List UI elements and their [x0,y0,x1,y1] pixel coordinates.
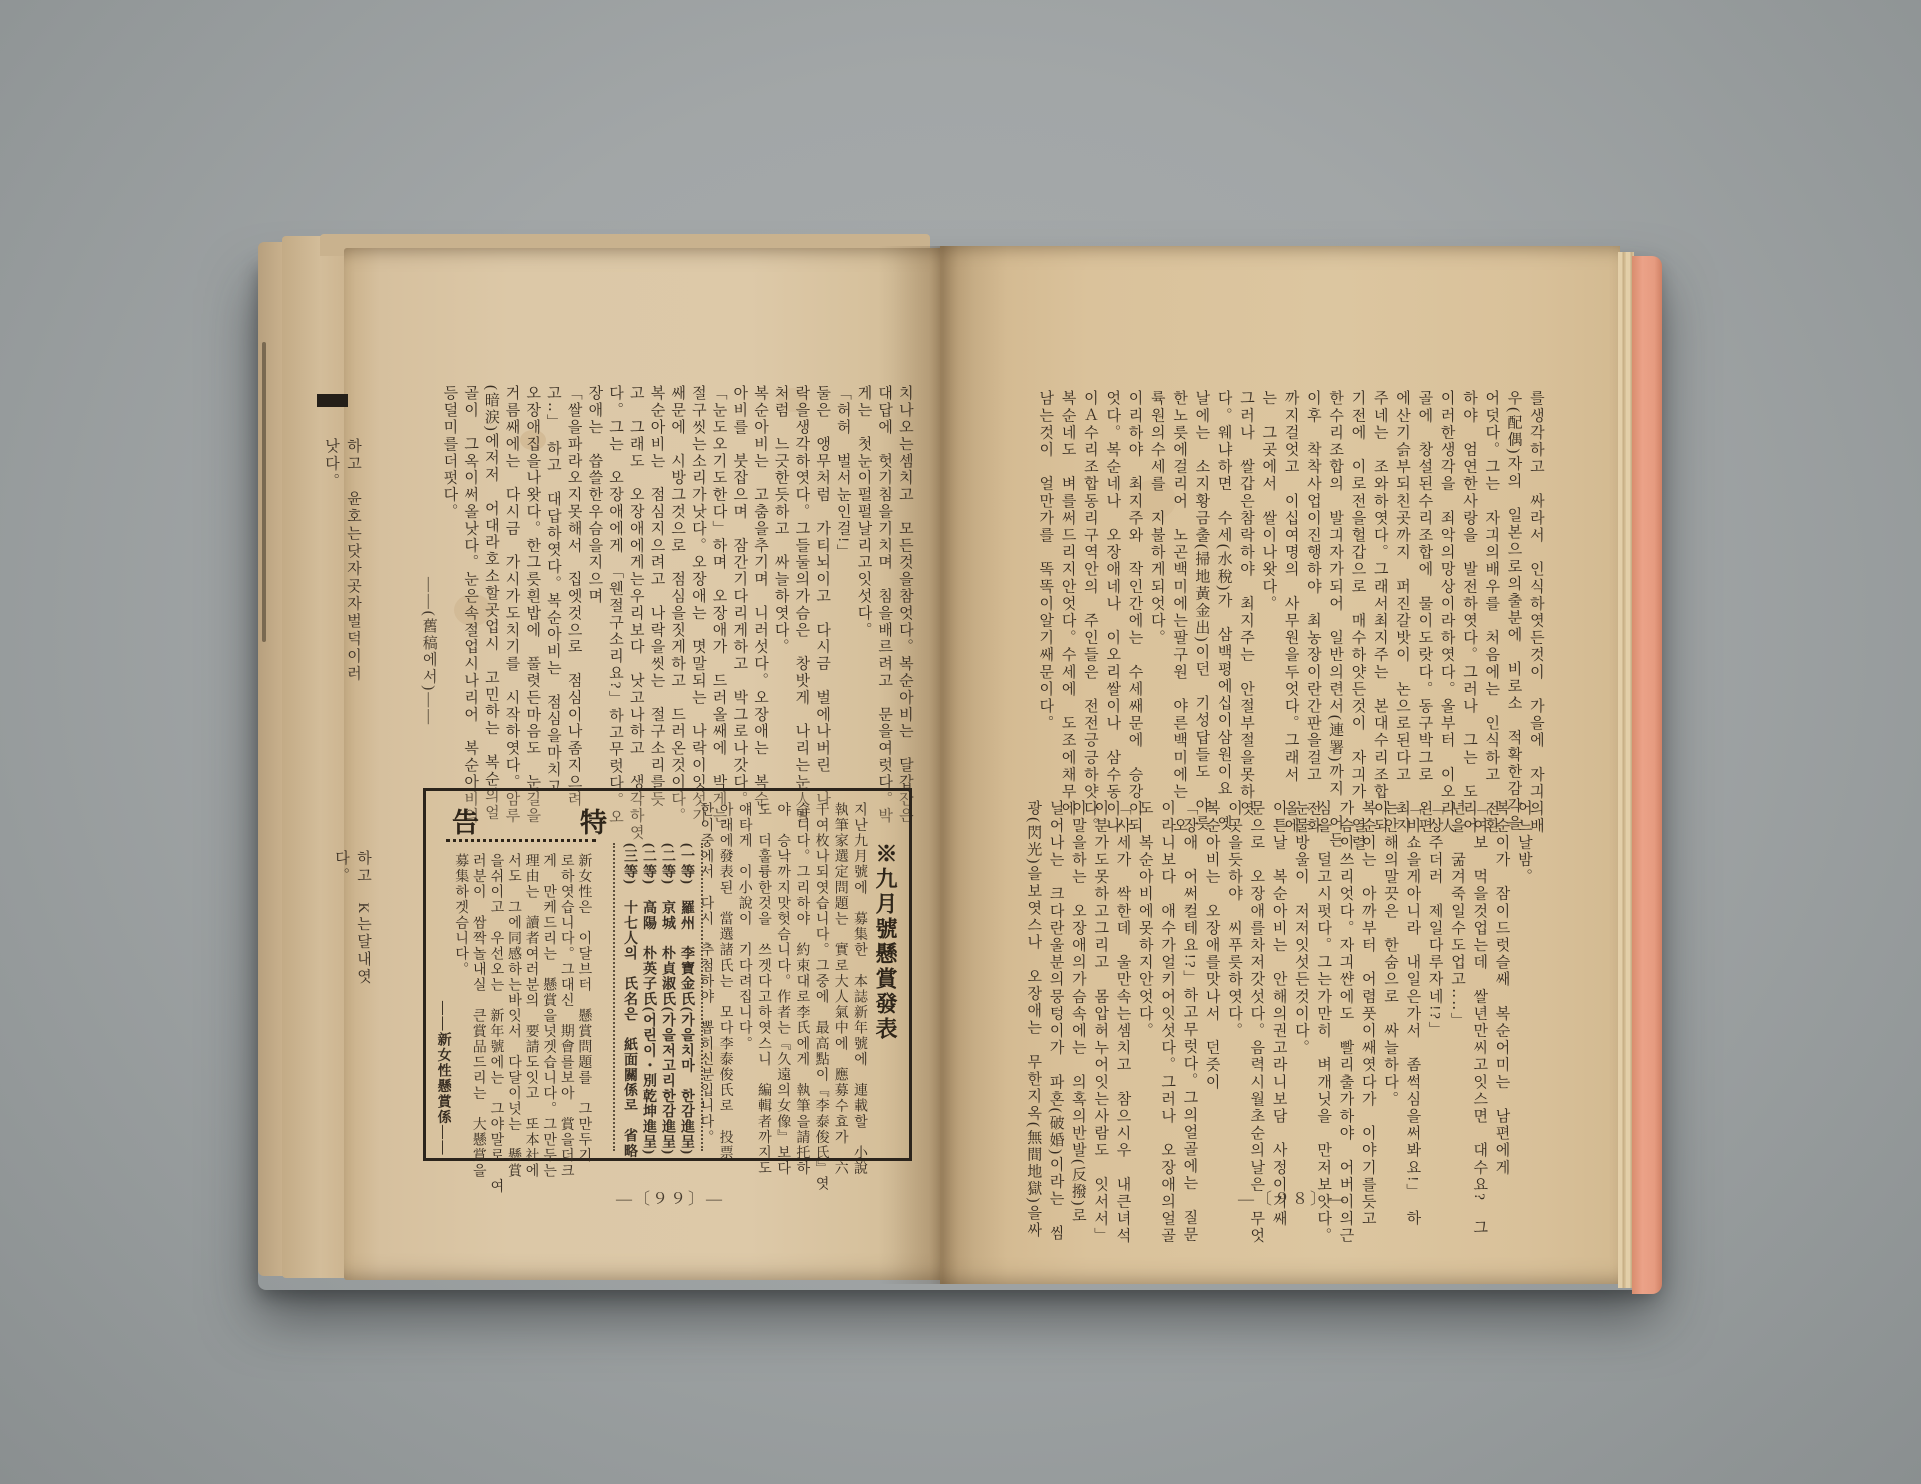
story-text-column: 까지걸엇고 이십여명의 사무원을두엇다。그래서 올에 [1279,390,1301,794]
special-notice-box: 告 特 ※九月號懸賞發表지난九月號에 募集한 本誌新年號에 連載할 小說執筆家選… [423,788,912,1161]
story-text-column: 치나오는셈치고 모든것을참엇다。복순아비는 달갑잔은 [894,385,915,793]
notice-column: 러분이 쌈짝놀내실 큰賞品드리는 大懸賞을 [469,853,487,1151]
story-text-column: 「여보 먹을것업는데 쌀년만씨고잇스면 대수요? 그 [1468,800,1490,1188]
story-text-column: 한노릇에걸리어 노곤백미에는팔구원 야른백미에는 오 [1168,390,1190,794]
right-page-tier2-text: 어느날밤。복순이가 잠이드럿슬쌔 복순어미는 남편에게「여보 먹을것업는데 쌀년… [1022,800,1535,1188]
story-text-column: 둘은 앵무처럼 가티뇌이고 다시금 벌에나버린 나 [811,385,832,793]
printers-tick-mark [317,394,348,407]
story-text-column: 하야 엄연한사랑을 발전하엿다。그러나 그는 도리어 [1458,390,1480,794]
story-text-column: 복순이가 잠이드럿슬쌔 복순어미는 남편에게 [1490,800,1512,1188]
story-text-column: (暗涙)에저저 어대라호소할곳업시 고민하는 복순의얼 [480,385,501,793]
story-text-column: 광(閃光)을보엿스나 오장애는 무한지옥(無間地獄)을싸 [1022,800,1044,1188]
announcement-column: 도 더훌륭한것을 쓰겟다고하엿스니 編輯者까지도 [754,802,773,1150]
page-number-99: ―〔９９〕― [590,1186,750,1209]
announcement-column: 야 승낙까지맛헛슴니다。作者는『久遠의女像』보다 [773,802,792,1150]
story-text-column: 복순아비는 고춤을추기며 니러섯다。오장애는 복순 [749,385,770,793]
story-text-column: 문으로 오장애를차저갓섯다。음력시월초순의날은 무엇 [1245,800,1267,1188]
right-page-tier1-text: 를생각하고 싸라서 인식하엿든것이 가을에 자긔의배우(配偶)자의 일본으로의출… [1034,390,1547,794]
story-text-column: 고 그래도 오장애에게는우리보다 낫고나하고 생각하엿 [625,385,646,793]
notice-title-char-teuk: 特 [580,801,607,840]
notice-column: 을쉬이고 우선오는 新年號에는 그야말로 여 [487,853,505,1151]
story-text-column: 어느날밤。 [1513,800,1535,1188]
story-text-column: 복순아비는 점심지으려고 나락을씻는 절구소리를듯 [646,385,667,793]
story-text-column: 주네는 조와하엿다。그래서최지주는 본대수리조합이되 [1368,390,1390,794]
notice-title-tokgo: 告 特 [452,803,607,837]
story-text-column: 도 복순아비에못하지안엇다。 [1133,800,1155,1188]
notice-body-text: 新女性은 이달브터 懸賞問題를 그만두기로하엿습니다。그대신 期會를보아 賞을더… [434,853,592,1151]
story-text-column: 「쌀을파라오지못해서 집엣것으로 점심이나좀지으려 [563,385,584,793]
story-text-column: 심을 덜고시펏다。그는가만히 벼개닛을 만저보앗다。 [1312,800,1334,1188]
notice-column: 게 만케드리는 懸賞을넛겟습니다。그만두는 [540,853,558,1151]
story-text-column: 에산기슭부되친곳까지 퍼진갈밧이 논으로된다고 최지 [1391,390,1413,794]
winner-entry: (二等) 高陽 朴英子氏(어린이・別乾坤進呈) [639,843,658,1151]
story-text-column: 년을 굶겨죽일수도업고‥‥」 [1446,800,1468,1188]
story-text-column: 「허허 벌서눈인걸!」 [832,385,853,793]
story-text-column: 이튼날 복순아비는 안해의권고라니보담 사정이기쌔 [1267,800,1289,1188]
story-text-column: 이Ａ수리조합동리구역안의 주인들은 전전긍긍하얏다。 [1079,390,1101,794]
story-text-column: 「사세가 싹한데 울만속는셈치고 참으시우 내큰녀석 [1111,800,1133,1188]
notice-column: 로하엿습니다。그대신 期會를보아 賞을더크 [557,853,575,1151]
page-edge-shadow-line [262,342,266,642]
story-text-column: 는안해의말끗은 한숨으로 싸늘하다。 [1379,800,1401,1188]
story-text-column: 이말을하는 오장애의가슴속에는 의혹의반발(反撥)로 [1067,800,1089,1188]
story-text-column: 처럼 느긋한듯하고 싸늘하엿다。 [770,385,791,793]
story-text-column: 오장애집을나왓다。한그릇흰밥에 풀렷든마음도 눈길을 [522,385,543,793]
announcement-column: 지난九月號에 募集한 本誌新年號에 連載할 小說 [850,802,869,1150]
story-text-column: 「비쇼을게아니라 내일은가서 좀썩심을써봐요!」 하 [1401,800,1423,1188]
story-text-column: 눈물방울이 저저잇섯든것이다。 [1290,800,1312,1188]
notice-column: 新女性은 이달브터 懸賞問題를 그만두기 [575,853,593,1151]
story-text-column: 다。그는 오장애에게 「웬절구소리요?」하고무럿다。오 [604,385,625,793]
notice-column: 理由는 讀者여러분의 要請도잇고 또本社에 [522,853,540,1151]
page-number-98: ―〔９８〕― [1212,1186,1372,1209]
page-edge-behind-inner [282,236,352,1278]
story-text-column: 등덜미를더펏다。 [439,385,460,793]
notice-column: 서도 그에同感하는바잇서 다달이넛는 懸賞 [504,853,522,1151]
story-text-column: 가슴이쓰리엇다。자긔쌴에도 빨리출가하야 어버이의근 [1334,800,1356,1188]
notice-title-char-go: 告 [452,801,479,840]
story-text-column: 날에는 소지황금출(掃地黃金出)이던 기성답들도 야릇 [1190,390,1212,794]
story-text-column: 복순아비는 오장애를맛나서 던즛이 [1200,800,1222,1188]
story-text-column: 고‥」 하고 대답하엿다。복순아비는 점심을마치고 [542,385,563,793]
story-text-column: 골이 그옥이써올낫다。눈은속절업시나리어 복순아비의 [459,385,480,793]
story-text-column: 이곳을듯하야 씨푸릇하엿다。 [1223,800,1245,1188]
story-text-column: 그러나 쌀갑은참락하야 최지주는 안절부절을못하엿 [1235,390,1257,794]
story-text-column: 닐어나는 크다란울분의뭉텅이가 파혼(破婚)이라는 씸 [1044,800,1066,1188]
story-text-column: 이후 착착사업이진행하야 최농장이란간판을걸고 전화 [1302,390,1324,794]
story-text-column: 이러한생각을 죄악의망상이라하엿다。올부터 이오리人 [1435,390,1457,794]
notice-column: ――新女性懸賞係―― [434,853,452,1151]
announcement-column: 千여枚나되엿습니다。그중에 最高點이『李泰俊氏』엿 [811,802,830,1150]
story-text-column: 절구씻는소리가낫다。오장애는 몃말되는 나락이잇섯기 [687,385,708,793]
story-text-column: 장애는 씁쓸한우슴을지으며 [584,385,605,793]
story-text-column: 기전에 이로전을헐갑으로 매수하얏든것이 자긔가 열렬 [1346,390,1368,794]
left-page-story-text: 치나오는셈치고 모든것을참엇다。복순아비는 달갑잔은대답에 헛기침을기치며 침을… [418,385,915,793]
photo-background: 하고 윤호는닷자곳자벌덕이러낫다。 하고 K는달내엿다。 치나오는셈치고 모든것… [0,0,1921,1484]
story-text-column: 락을생각하엿다。그들둘의가슴은 창밧게 나리는눈人발 [791,385,812,793]
story-text-column: 어덧다。그는 자긔의배우를 처음에는 인식하고 전환 [1480,390,1502,794]
story-text-column: 는 그곳에서 쌀이나왓다。 [1257,390,1279,794]
story-text-column: 복순네도 벼를써드리지안엇다。수세에 도조에채무에 [1056,390,1078,794]
notice-column: 募集하겟슴니다。 [452,853,470,1151]
behind-page-text-column-bottom: 하고 K는달내엿다。 [330,850,374,1020]
winner-entry: (二等) 京城 朴貞淑氏(가을저고리한감進呈) [658,843,677,1151]
story-text-column: 우(配偶)자의 일본으로의출분에 비로소 적확한감각을 [1502,390,1524,794]
story-text-column: 남는것이 얼만가를 똑똑이알기쌔문이다。 [1034,390,1056,794]
story-text-column: 게는 첫눈이펄펄날리고잇섯다。 [853,385,874,793]
story-text-column: 이분가도못하고그리고 몸압허누어잇는사람도 잇서서」 [1089,800,1111,1188]
story-text-column: 복순이는 아까부터 어렴풋이쌔엿다가 이야기를듯고 [1356,800,1378,1188]
story-text-column: 쌔문에 시방그것으로 점심을짓게하고 드러온것이다。 [666,385,687,793]
story-text-column: 다。웨냐하면 수세(水稅)가 삼백평에십이삼원이요 옛 [1212,390,1234,794]
story-text-column: 이라니보다 애수가얼키어잇섯다。그러나 오장애의얼골 [1156,800,1178,1188]
prize-winners-list: (一等) 羅州 李寶金氏(가을치마 한감進呈)(二等) 京城 朴貞淑氏(가을저고… [613,843,703,1151]
story-text-column: ――(舊稿에서)―― [418,385,439,793]
story-text-column: 대답에 헛기침을기치며 침을배르려고 문을여럿다。박 [873,385,894,793]
story-text-column: 를생각하고 싸라서 인식하엿든것이 가을에 자긔의배 [1525,390,1547,794]
story-text-column: 「상주더러 제일다루자네!?」 [1423,800,1445,1188]
prize-announcement-text: ※九月號懸賞發表지난九月號에 募集한 本誌新年號에 連載할 小說執筆家選定問題는… [696,802,901,1150]
story-text-column: 한수리조합의 발긔자가되어 일반의련서(連署)까지 어든 [1324,390,1346,794]
announcement-column: 아래에發表된 當選諸氏는 모다李泰俊氏로 投票 [715,802,734,1150]
story-text-column: 엇다。복순네나 오장애네나 이오리쌀이나 삼수동이나 [1101,390,1123,794]
behind-page-text-column-top: 하고 윤호는닷자곳자벌덕이러낫다。 [320,438,364,698]
story-text-column: 륙원의수세를 지불하게되엇다。 [1145,390,1167,794]
announcement-column: 執筆家選定問題는 實로大人氣中에 應募수효가 六 [831,802,850,1150]
story-text-column: 아비를 붓잡으며 잠간기다리게하고 박그로나갓다。 [729,385,750,793]
story-text-column: 이리하야 최지주와 작인간에는 수세쌔문에 승강이되 [1123,390,1145,794]
winner-entry: (三等) 十七人의 氏名은 紙面關係로 省略 [620,843,639,1151]
notice-title-dotted-rule [446,839,596,842]
pink-cover-edge [1632,256,1662,1294]
story-text-column: 「눈도오기도한다」하며 오장애가 드러올쌔에 박게는 [708,385,729,793]
winner-entry: (一等) 羅州 李寶金氏(가을치마 한감進呈) [677,843,696,1151]
story-text-column: 「장애 어써컬테요!?」하고무럿다。그의얼골에는 질문 [1178,800,1200,1188]
story-text-column: 거름쌔에는 다시금 가시가도치기를 시작하엿다。암루 [501,385,522,793]
announcement-column: 얘타게 이小說이 기다려집니다。 [735,802,754,1150]
announcement-column: ※九月號懸賞發表 [869,802,901,1150]
story-text-column: 골에 창설된수리조합에 물이도랏다。동구박그로 왼편 [1413,390,1435,794]
announcement-column: 습니다。그리하야 約束대로李氏에게 執筆을請托하 [792,802,811,1150]
